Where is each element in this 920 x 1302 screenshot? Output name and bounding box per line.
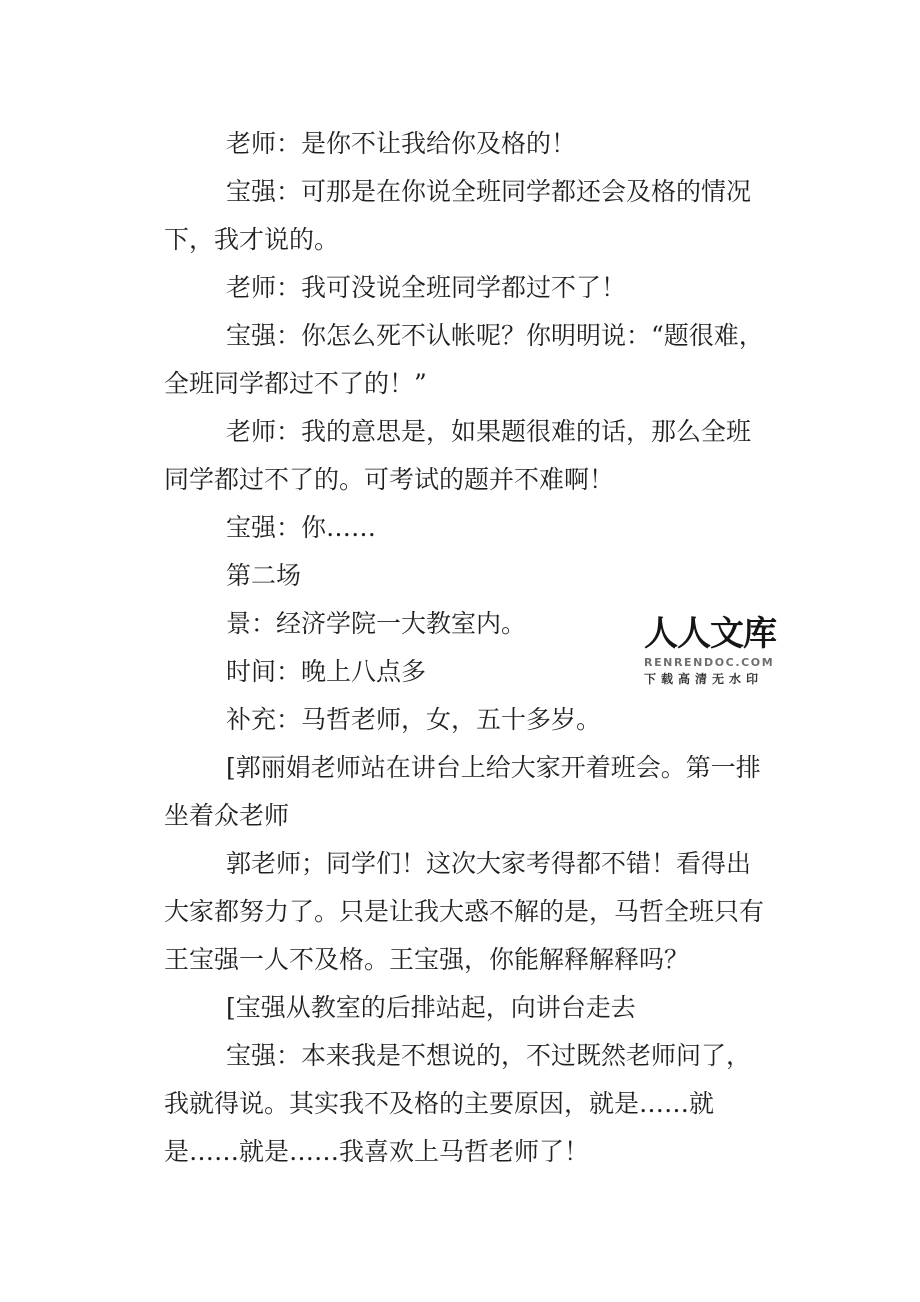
text-line: 是……就是……我喜欢上马哲老师了！	[164, 1128, 764, 1176]
text-line: 大家都努力了。只是让我大惑不解的是，马哲全班只有	[164, 888, 764, 936]
text-line: 宝强：你……	[164, 504, 764, 552]
text-line: [郭丽娟老师站在讲台上给大家开着班会。第一排	[164, 744, 764, 792]
text-line: 宝强：本来我是不想说的，不过既然老师问了，	[164, 1032, 764, 1080]
text-line: 宝强：你怎么死不认帐呢？你明明说：“题很难，	[164, 312, 764, 360]
text-line: 王宝强一人不及格。王宝强，你能解释解释吗？	[164, 936, 764, 984]
text-line: 第二场	[164, 552, 764, 600]
text-line: 我就得说。其实我不及格的主要原因，就是……就	[164, 1080, 764, 1128]
text-line: 补充：马哲老师，女，五十多岁。	[164, 696, 764, 744]
text-line: 时间：晚上八点多	[164, 648, 764, 696]
text-line: 下，我才说的。	[164, 216, 764, 264]
text-line: 老师：是你不让我给你及格的！	[164, 120, 764, 168]
text-line: 同学都过不了的。可考试的题并不难啊！	[164, 456, 764, 504]
text-line: 景：经济学院一大教室内。	[164, 600, 764, 648]
text-line: 全班同学都过不了的！”	[164, 360, 764, 408]
document-body: 老师：是你不让我给你及格的！宝强：可那是在你说全班同学都还会及格的情况下，我才说…	[164, 120, 764, 1176]
text-line: 老师：我可没说全班同学都过不了！	[164, 264, 764, 312]
text-line: 宝强：可那是在你说全班同学都还会及格的情况	[164, 168, 764, 216]
document-page: 老师：是你不让我给你及格的！宝强：可那是在你说全班同学都还会及格的情况下，我才说…	[0, 0, 920, 1302]
text-line: 老师：我的意思是，如果题很难的话，那么全班	[164, 408, 764, 456]
text-line: 郭老师；同学们！这次大家考得都不错！看得出	[164, 840, 764, 888]
text-line: 坐着众老师	[164, 792, 764, 840]
text-line: [宝强从教室的后排站起，向讲台走去	[164, 984, 764, 1032]
